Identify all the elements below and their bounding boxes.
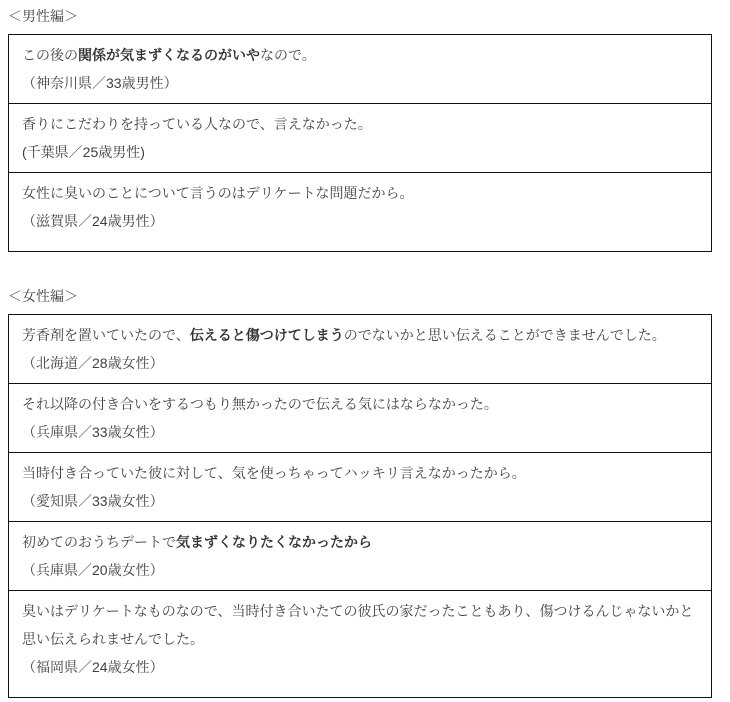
quote-segment: それ以降の付き合いをするつもり無かったので伝える気にはならなかった。 (22, 396, 498, 412)
attribution-text: （福岡県／24歳女性） (22, 653, 698, 681)
quote-row: 臭いはデリケートなものなので、当時付き合いたての彼氏の家だったこともあり、傷つけ… (9, 591, 711, 697)
quote-emphasis: 伝えると傷つけてしまう (190, 327, 344, 343)
attribution-text: （愛知県／33歳女性） (22, 487, 698, 515)
attribution-text: （兵庫県／20歳女性） (22, 556, 698, 584)
quote-segment: 当時付き合っていた彼に対して、気を使っちゃってハッキリ言えなかったから。 (22, 465, 526, 481)
quote-row: この後の関係が気まずくなるのがいやなので。（神奈川県／33歳男性） (9, 35, 711, 104)
quote-segment: この後の (22, 47, 78, 63)
quote-segment: 臭いはデリケートなものなので、当時付き合いたての彼氏の家だったこともあり、傷つけ… (22, 603, 693, 647)
quote-text: 芳香剤を置いていたので、伝えると傷つけてしまうのでないかと思い伝えることができま… (22, 321, 698, 349)
quote-segment: 香りにこだわりを持っている人なので、言えなかった。 (22, 116, 372, 132)
mens-quote-table: この後の関係が気まずくなるのがいやなので。（神奈川県／33歳男性）香りにこだわり… (8, 34, 712, 252)
attribution-text: （滋賀県／24歳男性） (22, 207, 698, 235)
attribution-text: （北海道／28歳女性） (22, 349, 698, 377)
quote-row: 芳香剤を置いていたので、伝えると傷つけてしまうのでないかと思い伝えることができま… (9, 315, 711, 384)
quote-segment: 女性に臭いのことについて言うのはデリケートな問題だから。 (22, 185, 413, 201)
attribution-text: （神奈川県／33歳男性） (22, 69, 698, 97)
quote-text: それ以降の付き合いをするつもり無かったので伝える気にはならなかった。 (22, 390, 698, 418)
quote-text: 女性に臭いのことについて言うのはデリケートな問題だから。 (22, 179, 698, 207)
quote-segment: 初めてのおうちデートで (22, 534, 176, 550)
quote-segment: 芳香剤を置いていたので、 (22, 327, 190, 343)
womens-quote-table: 芳香剤を置いていたので、伝えると傷つけてしまうのでないかと思い伝えることができま… (8, 314, 712, 698)
quote-row: 女性に臭いのことについて言うのはデリケートな問題だから。（滋賀県／24歳男性） (9, 173, 711, 251)
quote-text: 臭いはデリケートなものなので、当時付き合いたての彼氏の家だったこともあり、傷つけ… (22, 597, 698, 653)
mens-section-title: ＜男性編＞ (8, 8, 712, 24)
quote-emphasis: 気まずくなりたくなかったから (176, 534, 372, 550)
attribution-text: (千葉県／25歳男性) (22, 138, 698, 166)
attribution-text: （兵庫県／33歳女性） (22, 418, 698, 446)
quote-text: 初めてのおうちデートで気まずくなりたくなかったから (22, 528, 698, 556)
quote-emphasis: 関係が気まずくなるのがいや (78, 47, 260, 63)
quote-text: 香りにこだわりを持っている人なので、言えなかった。 (22, 110, 698, 138)
quote-row: 香りにこだわりを持っている人なので、言えなかった。(千葉県／25歳男性) (9, 104, 711, 173)
womens-section-title: ＜女性編＞ (8, 288, 712, 304)
womens-section: ＜女性編＞ 芳香剤を置いていたので、伝えると傷つけてしまうのでないかと思い伝える… (8, 288, 712, 698)
quote-row: 当時付き合っていた彼に対して、気を使っちゃってハッキリ言えなかったから。（愛知県… (9, 453, 711, 522)
quote-row: 初めてのおうちデートで気まずくなりたくなかったから（兵庫県／20歳女性） (9, 522, 711, 591)
quote-segment: なので。 (260, 47, 316, 63)
quote-text: 当時付き合っていた彼に対して、気を使っちゃってハッキリ言えなかったから。 (22, 459, 698, 487)
quote-row: それ以降の付き合いをするつもり無かったので伝える気にはならなかった。（兵庫県／3… (9, 384, 711, 453)
quote-text: この後の関係が気まずくなるのがいやなので。 (22, 41, 698, 69)
survey-comments-page: ＜男性編＞ この後の関係が気まずくなるのがいやなので。（神奈川県／33歳男性）香… (0, 0, 730, 702)
mens-section: ＜男性編＞ この後の関係が気まずくなるのがいやなので。（神奈川県／33歳男性）香… (8, 8, 712, 252)
quote-segment: のでないかと思い伝えることができませんでした。 (344, 327, 666, 343)
